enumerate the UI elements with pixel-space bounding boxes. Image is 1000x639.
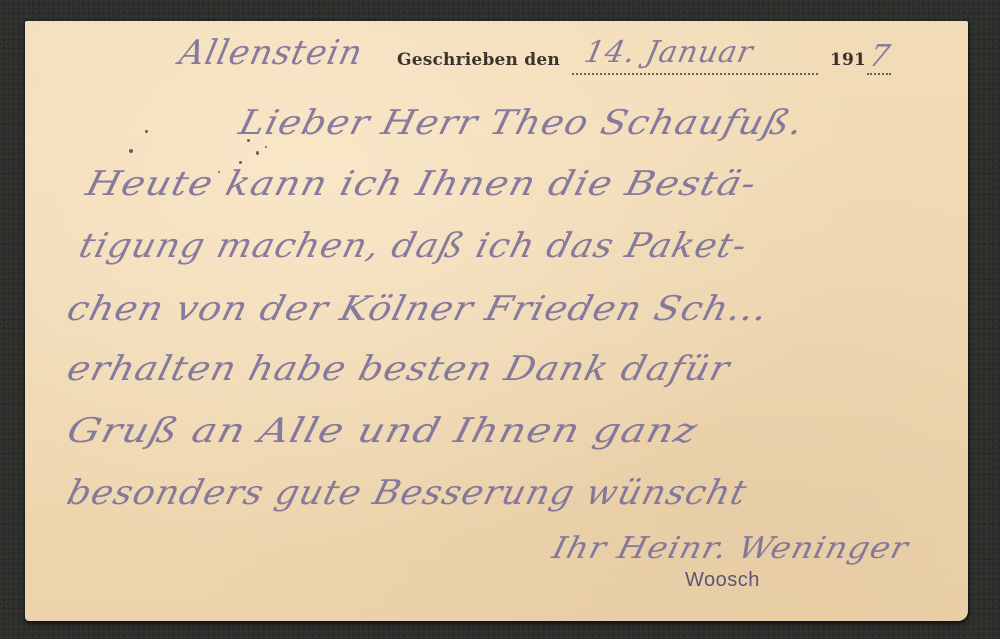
signature-place: Woosch <box>685 569 760 592</box>
place-handwritten: Allenstein <box>176 33 367 73</box>
body-line-4: erhalten habe besten Dank dafür <box>63 349 734 389</box>
printed-year-prefix: 191 <box>830 50 866 70</box>
ink-speck <box>265 146 267 148</box>
printed-label-geschrieben-den: Geschrieben den <box>397 50 560 70</box>
body-line-3: chen von der Kölner Frieden Sch... <box>63 289 773 329</box>
ink-speck <box>145 130 148 133</box>
postcard: Allenstein Geschrieben den 14. Januar 19… <box>25 21 968 621</box>
body-line-1: Heute kann ich Ihnen die Bestä- <box>82 164 761 204</box>
signature: Ihr Heinr. Weninger <box>549 531 913 566</box>
year-suffix-handwritten: 7 <box>866 39 894 74</box>
date-handwritten: 14. Januar <box>581 35 756 70</box>
body-line-2: tigung machen, daß ich das Paket- <box>75 226 751 266</box>
body-line-5: Gruß an Alle und Ihnen ganz <box>63 411 702 451</box>
body-line-6: besonders gute Besserung wünscht <box>63 473 751 513</box>
ink-speck <box>129 149 133 153</box>
salutation-line: Lieber Herr Theo Schaufuß. <box>235 103 808 143</box>
ink-speck <box>256 151 259 155</box>
date-dotted-line <box>572 73 818 75</box>
